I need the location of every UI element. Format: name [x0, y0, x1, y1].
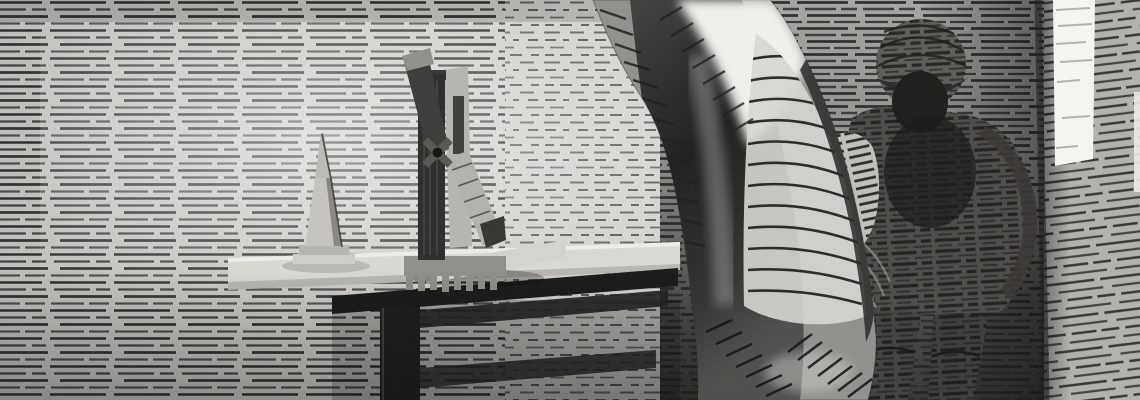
film-grain — [0, 0, 1140, 400]
photo-canvas: Striped expressionist set photograph — [0, 0, 1140, 400]
photograph: Striped expressionist set photograph — [0, 0, 1140, 400]
